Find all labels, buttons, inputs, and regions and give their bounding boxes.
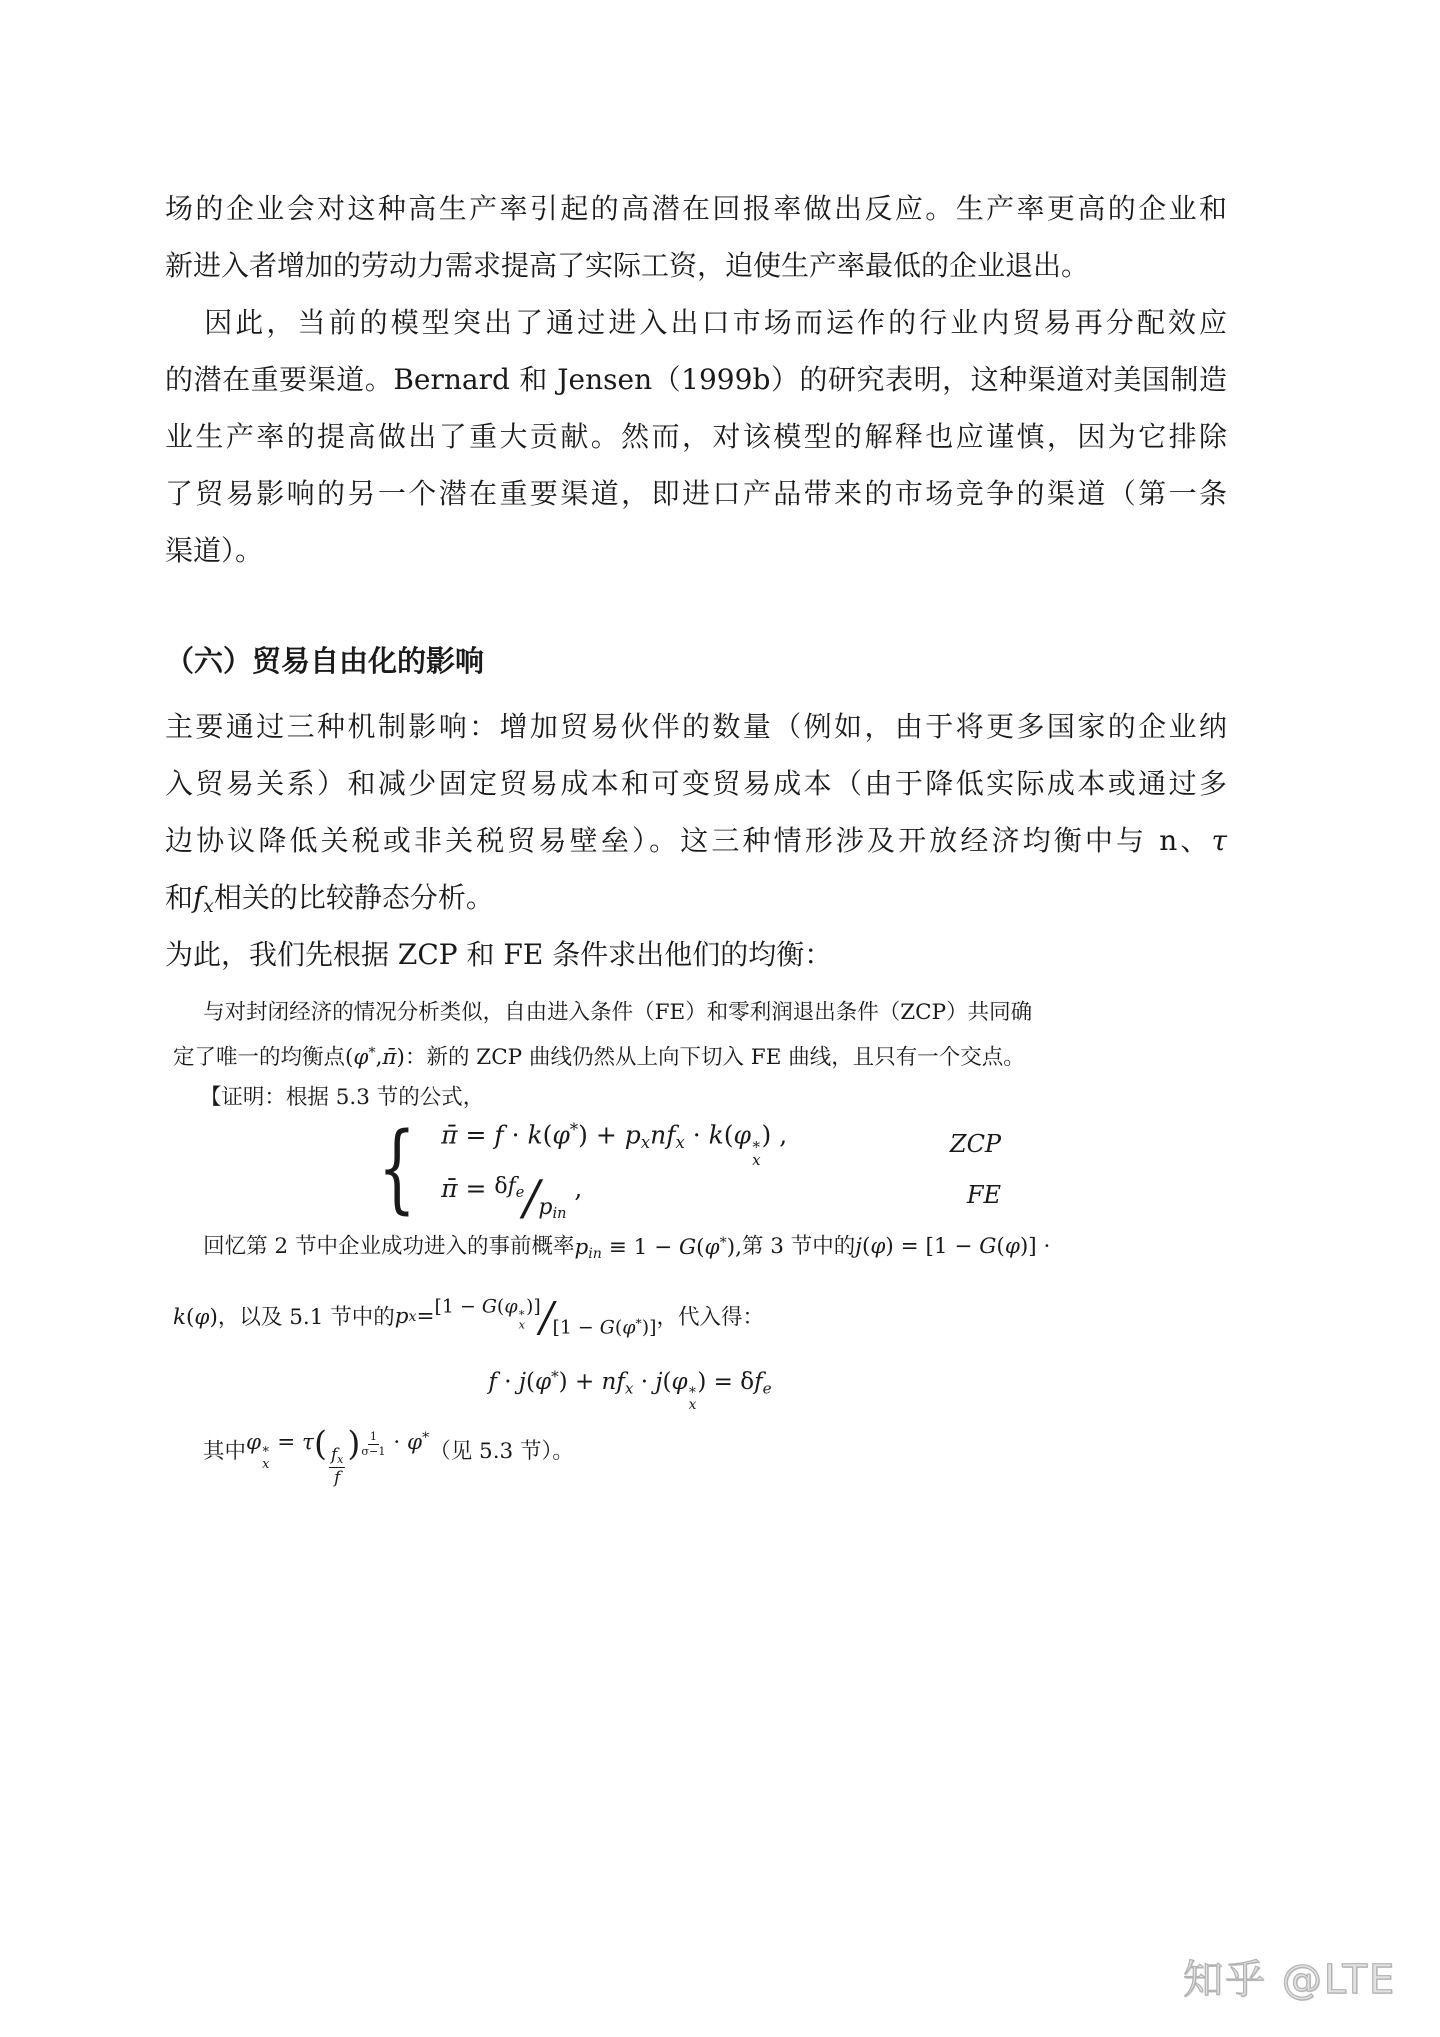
note-line: 其中φ*x = τ(fxf)1σ−1 · φ*（见 5.3 节）。 — [173, 1419, 1227, 1485]
text-run: （见 5.3 节）。 — [429, 1432, 574, 1472]
text-run: 和 — [165, 881, 193, 914]
note-line: 与对封闭经济的情况分析类似，自由进入条件（FE）和零利润退出条件（ZCP）共同确 — [173, 993, 1227, 1033]
math-px-definition: px = [1 − G(φ*x)]/[1 − G(φ*)] — [395, 1295, 657, 1339]
body-line: 和fx相关的比较静态分析。 — [165, 869, 1227, 926]
body-line: 渠道）。 — [165, 522, 1227, 579]
left-brace-glyph: { — [378, 1126, 416, 1210]
document-content: 场的企业会对这种高生产率引起的高潜在回报率做出反应。生产率更高的企业和 新进入者… — [165, 180, 1227, 1485]
text-run: ：新的 ZCP 曲线仍然从上向下切入 FE 曲线，且只有一个交点。 — [405, 1045, 1025, 1070]
text-run: ，代入得： — [657, 1298, 765, 1338]
text-run: 其中 — [203, 1432, 246, 1472]
centered-equation: f · j(φ*) + nfx · j(φ*x) = δfe — [103, 1368, 1157, 1412]
math-k-phi: k(φ) — [173, 1298, 218, 1338]
body-line: 了贸易影响的另一个潜在重要渠道，即进口产品带来的市场竞争的渠道（第一条 — [165, 465, 1227, 522]
proof-note-block: 与对封闭经济的情况分析类似，自由进入条件（FE）和零利润退出条件（ZCP）共同确… — [173, 993, 1227, 1485]
body-line: 场的企业会对这种高生产率引起的高潜在回报率做出反应。生产率更高的企业和 — [165, 180, 1227, 237]
zcp-equation: π̄ = f · k(φ*) + pxnfx · k(φ*x) , — [441, 1120, 787, 1168]
text-run: 第 3 节中的 — [742, 1235, 855, 1260]
math-tau-variable: τ — [1212, 824, 1228, 857]
text-run: 相关的比较静态分析。 — [214, 881, 494, 914]
body-line: 业生产率的提高做出了重大贡献。然而，对该模型的解释也应谨慎，因为它排除 — [165, 408, 1227, 465]
note-line: 回忆第 2 节中企业成功进入的事前概率pin ≡ 1 − G(φ*),第 3 节… — [173, 1220, 1227, 1275]
body-line: 的潜在重要渠道。Bernard 和 Jensen（1999b）的研究表明，这种渠… — [165, 351, 1227, 408]
body-line: 因此，当前的模型突出了通过进入出口市场而运作的行业内贸易再分配效应 — [165, 294, 1227, 351]
note-line: 【证明：根据 5.3 节的公式， — [173, 1078, 1227, 1118]
math-equilibrium-point: (φ*,π̄) — [345, 1045, 405, 1070]
body-line: 新进入者增加的劳动力需求提高了实际工资，迫使生产率最低的企业退出。 — [165, 237, 1227, 294]
math-phix-definition: φ*x = τ(fxf)1σ−1 · φ* — [246, 1418, 429, 1487]
equation-system: { π̄ = f · k(φ*) + pxnfx · k(φ*x) , ZCP … — [378, 1120, 1227, 1216]
text-run: ，以及 5.1 节中的 — [218, 1298, 395, 1338]
text-run: 定了唯一的均衡点 — [173, 1045, 345, 1070]
body-line: 入贸易关系）和减少固定贸易成本和可变贸易成本（由于降低实际成本或通过多 — [165, 755, 1227, 812]
body-line: 为此，我们先根据 ZCP 和 FE 条件求出他们的均衡： — [165, 926, 1227, 983]
equation-row-zcp: π̄ = f · k(φ*) + pxnfx · k(φ*x) , ZCP — [441, 1120, 1001, 1168]
fe-equation: π̄ = δfe/pin , — [441, 1174, 582, 1217]
math-fx-variable: fx — [193, 881, 214, 914]
watermark: 知乎 @LTE — [1183, 1948, 1396, 2005]
equation-rows: π̄ = f · k(φ*) + pxnfx · k(φ*x) , ZCP π̄… — [441, 1120, 1001, 1216]
math-j-definition: j(φ) = [1 − G(φ)] · — [855, 1235, 1050, 1260]
zcp-label: ZCP — [950, 1130, 1001, 1158]
body-line: 主要通过三种机制影响：增加贸易伙伴的数量（例如，由于将更多国家的企业纳 — [165, 698, 1227, 755]
body-line: 边协议降低关税或非关税贸易壁垒）。这三种情形涉及开放经济均衡中与 n、τ — [165, 812, 1227, 869]
math-pin-definition: pin ≡ 1 − G(φ*), — [574, 1235, 741, 1260]
text-run: 回忆第 2 节中企业成功进入的事前概率 — [203, 1235, 574, 1260]
combined-equation: f · j(φ*) + nfx · j(φ*x) = δfe — [488, 1369, 771, 1395]
section-heading: （六）贸易自由化的影响 — [165, 633, 1227, 690]
document-page: 场的企业会对这种高生产率引起的高潜在回报率做出反应。生产率更高的企业和 新进入者… — [0, 0, 1440, 2037]
note-line: k(φ)，以及 5.1 节中的px = [1 − G(φ*x)]/[1 − G(… — [173, 1280, 1227, 1356]
math-n-variable: n — [1159, 824, 1177, 857]
text-run: 、 — [1177, 824, 1211, 857]
equation-row-fe: π̄ = δfe/pin , FE — [441, 1174, 1001, 1217]
fe-label: FE — [967, 1181, 1001, 1209]
text-run: 边协议降低关税或非关税贸易壁垒）。这三种情形涉及开放经济均衡中与 — [165, 824, 1159, 857]
note-line: 定了唯一的均衡点(φ*,π̄)：新的 ZCP 曲线仍然从上向下切入 FE 曲线，… — [173, 1033, 1227, 1078]
